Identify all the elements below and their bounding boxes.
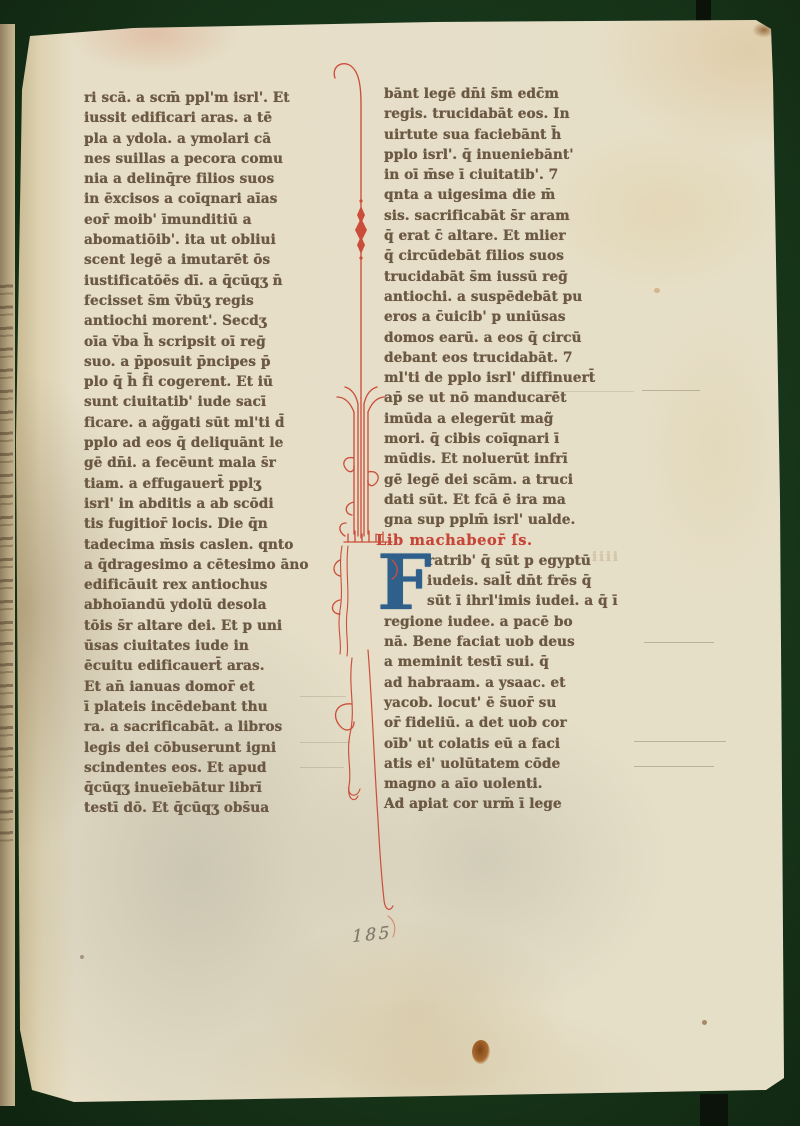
- initial-indented-lines: ratrib' q̄ sūt p egyptūiudeis. salt̄ dn̄…: [427, 551, 664, 612]
- text-line: testī dō. Et q̄cūqʒ obs̄ua: [84, 798, 356, 818]
- text-line: gē dn̄i. a fecēunt mala s̄r: [84, 453, 356, 473]
- text-line: ī plateis incēdebant thu: [84, 697, 356, 717]
- text-line: or̄ fideliū. a det uob cor: [384, 713, 664, 733]
- text-line: abomatiōib'. ita ut obliui: [84, 230, 356, 250]
- text-line: gē legē dei scām. a truci: [384, 470, 664, 490]
- text-line: mori. q̄ cibis coīqnari ī: [384, 429, 664, 449]
- text-line: isrl' in abditis a ab scōdi: [84, 494, 356, 514]
- facing-page-text-fragments: [0, 279, 13, 844]
- text-line: ficare. a ag̃gati sūt ml'ti d̄: [84, 413, 356, 433]
- text-line: Ad apiat cor urm̄ ī lege: [384, 794, 664, 814]
- text-line: ra. a sacrificabāt. a libros: [84, 717, 356, 737]
- text-line: pplo isrl'. q̄ inueniebānt': [384, 145, 664, 165]
- corner-stain: [752, 22, 776, 38]
- text-column-right: bānt legē dn̄i s̄m edc̄mregis. trucidabā…: [384, 84, 664, 815]
- text-line: edificāuit rex antiochus: [84, 575, 356, 595]
- text-line: abhoīandū ydolū desola: [84, 595, 356, 615]
- text-line: in ēxcisos a coīqnari aīas: [84, 189, 356, 209]
- text-line: suo. a p̄posuit p̄ncipes p̄: [84, 352, 356, 372]
- facing-page-edge: [0, 24, 15, 1106]
- text-line: ratrib' q̄ sūt p egyptū: [427, 551, 664, 571]
- text-line: tadecima m̄sis caslen. qnto: [84, 535, 356, 555]
- text-line: ri scā. a scm̄ ppl'm isrl'. Et: [84, 88, 356, 108]
- text-line: uirtute sua faciebānt h̄: [384, 125, 664, 145]
- manuscript-page: ri scā. a scm̄ ppl'm isrl'. Etiussit edi…: [14, 20, 784, 1106]
- text-line: debant eos trucidabāt. 7: [384, 348, 664, 368]
- text-line: a q̄dragesimo a cētesimo āno: [84, 555, 356, 575]
- text-line: imūda a elegerūt mag̃: [384, 409, 664, 429]
- text-line: dati sūt. Et fcā ē ira ma: [384, 490, 664, 510]
- text-line: sis. sacrificabāt s̄r aram: [384, 206, 664, 226]
- text-line: scindentes eos. Et apud: [84, 758, 356, 778]
- text-line: pla a ydola. a ymolari cā: [84, 129, 356, 149]
- text-line: oīa v̄ba h̄ scripsit oī reḡ: [84, 332, 356, 352]
- text-line: atis ei' uolūtatem cōde: [384, 754, 664, 774]
- text-line: tis fugitior̄ locis. Die q̄n: [84, 514, 356, 534]
- text-line: bānt legē dn̄i s̄m edc̄m: [384, 84, 664, 104]
- illuminated-initial-F: F: [377, 552, 421, 614]
- text-line: tiam. a effugauert̄ pplʒ: [84, 474, 356, 494]
- book-photograph: ri scā. a scm̄ ppl'm isrl'. Etiussit edi…: [0, 0, 800, 1126]
- text-line: iudeis. salt̄ dn̄t frēs q̄: [427, 571, 664, 591]
- text-line: Et an̄ ianuas domor̄ et: [84, 677, 356, 697]
- text-line: nia a delinq̄re filios suos: [84, 169, 356, 189]
- text-line: trucidabāt s̄m iussū reḡ: [384, 267, 664, 287]
- text-line: eros a c̄uicib' p uniūsas: [384, 307, 664, 327]
- text-line: sūt ī ihrl'imis iudei. a q̄ ī: [427, 591, 664, 611]
- folio-number: 185: [352, 923, 392, 947]
- text-line: q̄ erat c̄ altare. Et mlier: [384, 226, 664, 246]
- offset-ghost-text: iiii: [592, 548, 620, 568]
- text-line: oīb' ut colatis eū a faci: [384, 734, 664, 754]
- right-column-upper: bānt legē dn̄i s̄m edc̄mregis. trucidabā…: [384, 84, 664, 531]
- right-column-lower: regione iudee. a pacē bonā. Bene faciat …: [384, 612, 664, 815]
- text-line: a meminit testī sui. q̄: [384, 652, 664, 672]
- text-line: scent legē a imutarēt ōs: [84, 250, 356, 270]
- text-line: nā. Bene faciat uob deus: [384, 632, 664, 652]
- text-line: legis dei cōbuserunt igni: [84, 738, 356, 758]
- text-line: plo q̄ h̄ f̄i cogerent. Et iū: [84, 372, 356, 392]
- text-line: ad habraam. a ysaac. et: [384, 673, 664, 693]
- text-line: magno a aīo uolenti.: [384, 774, 664, 794]
- text-line: eor̄ moib' īmunditiū a: [84, 210, 356, 230]
- text-line: gna sup pplm̄ isrl' ualde.: [384, 510, 664, 530]
- text-line: mūdis. Et noluerūt infrī: [384, 449, 664, 469]
- text-line: ml'ti de pplo isrl' diffinuert̄: [384, 368, 664, 388]
- text-line: yacob. locut' ē s̄uor̄ su: [384, 693, 664, 713]
- text-line: domos earū. a eos q̄ circū: [384, 328, 664, 348]
- text-line: ēcuitu edificauert̄ aras.: [84, 656, 356, 676]
- stain-dot: [702, 1020, 707, 1025]
- text-line: pplo ad eos q̄ deliquānt le: [84, 433, 356, 453]
- text-line: q̄cūqʒ inueīebātur librī: [84, 778, 356, 798]
- binding-notch-bottom: [700, 1094, 728, 1126]
- decorated-initial-block: iiii F ratrib' q̄ sūt p egyptūiudeis. sa…: [384, 551, 664, 612]
- text-line: iussit edificari aras. a tē: [84, 108, 356, 128]
- ink-stain: [472, 1040, 490, 1064]
- text-line: tōis s̄r altare dei. Et p uni: [84, 616, 356, 636]
- text-line: regis. trucidabāt eos. In: [384, 104, 664, 124]
- text-line: antiochi morent'. Secdʒ: [84, 311, 356, 331]
- text-line: in oī m̄se ī ciuitatib'. 7: [384, 165, 664, 185]
- text-column-left: ri scā. a scm̄ ppl'm isrl'. Etiussit edi…: [84, 88, 356, 819]
- text-line: qnta a uigesima die m̄: [384, 185, 664, 205]
- text-line: ap̄ se ut nō manducarēt: [384, 388, 664, 408]
- text-line: antiochi. a suspēdebāt pu: [384, 287, 664, 307]
- text-line: sunt ciuitatib' iude sacī: [84, 392, 356, 412]
- stain-dot: [80, 955, 84, 959]
- text-line: ūsas ciuitates iude in: [84, 636, 356, 656]
- text-line: q̄ circūdebāt filios suos: [384, 246, 664, 266]
- text-line: nes suillas a pecora comu: [84, 149, 356, 169]
- text-line: iustificatōēs dī. a q̄cūqʒ n̄: [84, 271, 356, 291]
- text-line: fecisset s̄m v̄būʒ regis: [84, 291, 356, 311]
